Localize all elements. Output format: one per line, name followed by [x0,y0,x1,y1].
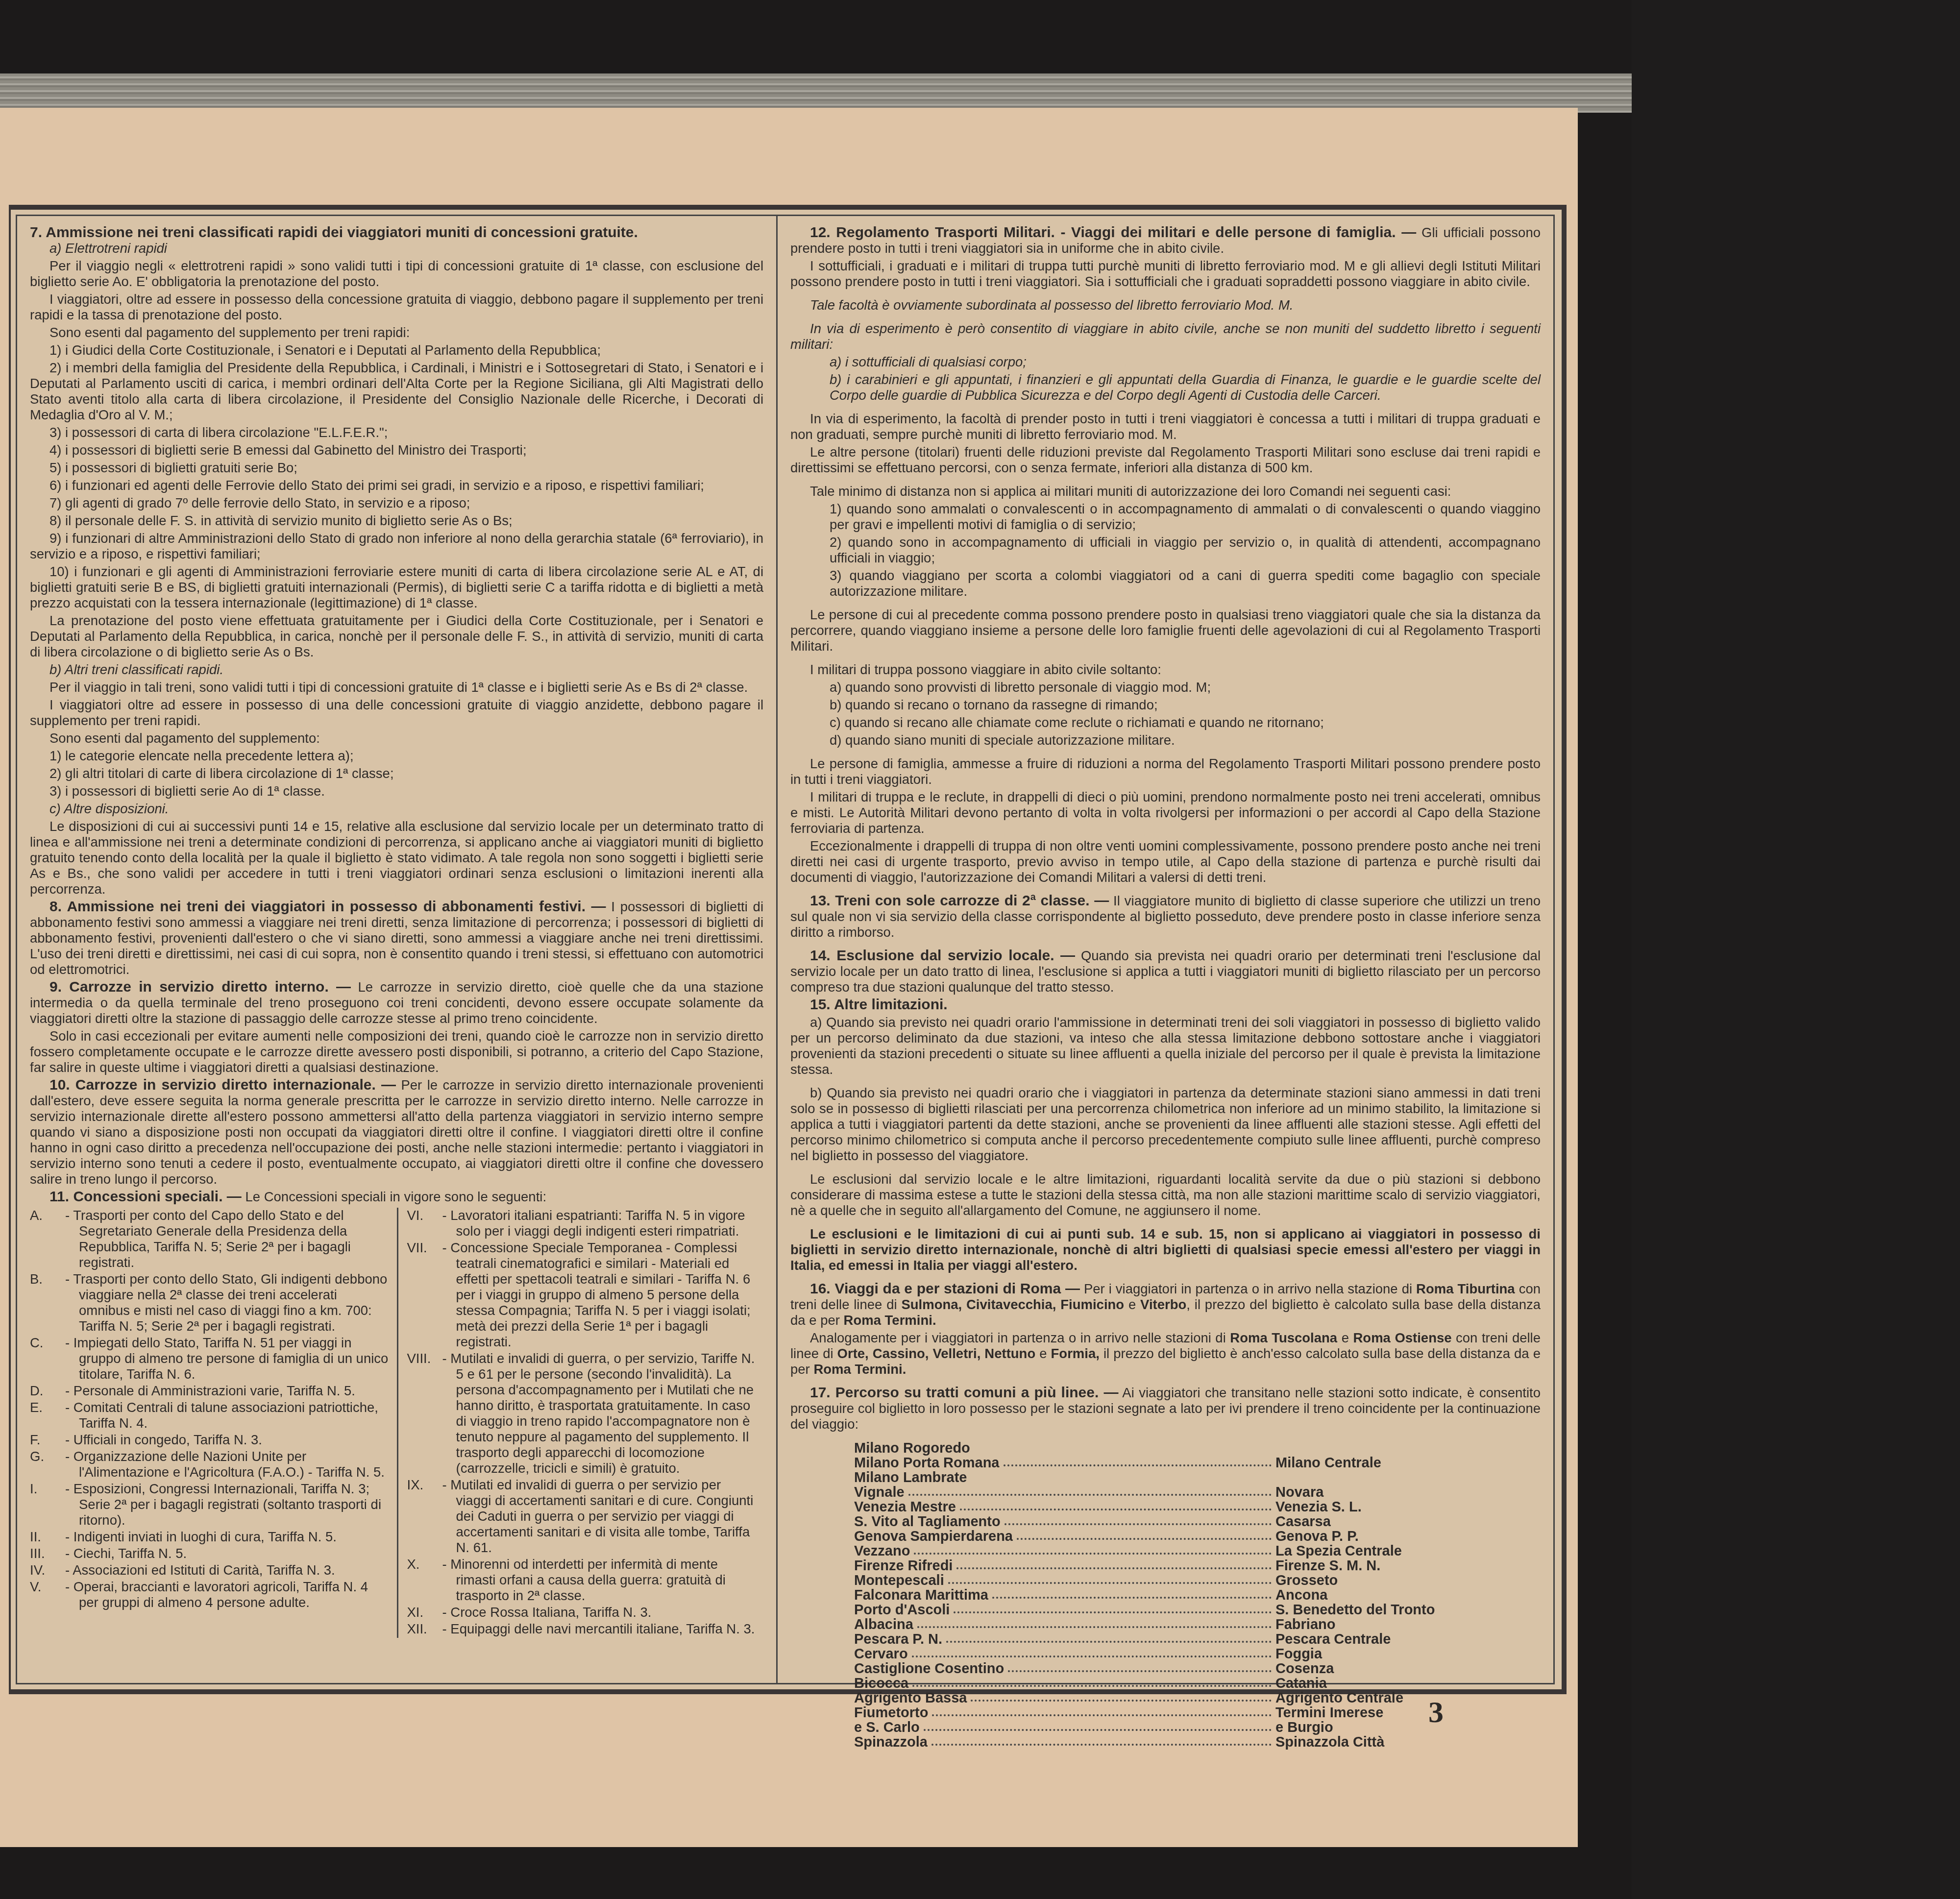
station-to: Milano Centrale [1275,1456,1381,1470]
station-from: Venezia Mestre [854,1500,956,1514]
list-item: 1) quando sono ammalati o convalescenti … [790,501,1541,533]
paragraph: I militari di truppa possono viaggiare i… [790,662,1541,678]
list-item: 7) gli agenti di grado 7º delle ferrovie… [30,495,763,511]
station-from: Castiglione Cosentino [854,1661,1004,1676]
dot-leader [1004,1456,1272,1466]
concession-item: VIII.- Mutilati e invalidi di guerra, o … [407,1351,757,1476]
list-item: 2) quando sono in accompagnamento di uff… [790,535,1541,566]
concession-item: B.- Trasporti per conto dello Stato, Gli… [30,1271,390,1334]
station-row: AlbacinaFabriano [854,1617,1541,1632]
paragraph: Le persone di famiglia, ammesse a fruire… [790,756,1541,787]
paragraph: Eccezionalmente i drappelli di truppa di… [790,838,1541,885]
paragraph: Analogamente per i viaggiatori in parten… [790,1330,1541,1377]
station-from: Falconara Marittima [854,1588,988,1603]
dot-leader [1004,1514,1272,1525]
station-row: Genova SampierdarenaGenova P. P. [854,1529,1541,1544]
list-item: 4) i possessori di biglietti serie B eme… [30,442,763,458]
concession-item: I.- Esposizioni, Congressi Internazional… [30,1481,390,1528]
station-to: Termini Imerese [1275,1705,1383,1720]
station-row: Firenze RifrediFirenze S. M. N. [854,1558,1541,1573]
station-row: Castiglione CosentinoCosenza [854,1661,1541,1676]
section-17-title: 17. Percorso su tratti comuni a più line… [810,1385,1118,1401]
list-item: 3) quando viaggiano per scorta a colombi… [790,568,1541,599]
paragraph: Per il viaggio negli « elettrotreni rapi… [30,258,763,290]
paragraph: b) Quando sia previsto nei quadri orario… [790,1085,1541,1164]
list-item: d) quando siano muniti di speciale autor… [790,732,1541,748]
book-page-edge [0,73,1632,113]
list-item: 2) gli altri titolari di carte di libera… [30,766,763,781]
list-item: b) i carabinieri e gli appuntati, i fina… [790,372,1541,403]
station-to: S. Benedetto del Tronto [1275,1603,1435,1617]
page-number: 3 [1428,1695,1444,1730]
station-to: Venezia S. L. [1275,1500,1362,1514]
station-to: Spinazzola Città [1275,1735,1384,1750]
paragraph: Tale minimo di distanza non si applica a… [790,484,1541,499]
paragraph: Sono esenti dal pagamento del supplement… [30,730,763,746]
station-to: Foggia [1275,1647,1322,1661]
station-from: Pescara P. N. [854,1632,942,1647]
dot-leader [948,1573,1272,1584]
station-to: Catania [1275,1676,1327,1691]
list-item: c) quando si recano alle chiamate come r… [790,715,1541,730]
station-to: e Burgio [1275,1720,1333,1735]
paragraph: I militari di truppa e le reclute, in dr… [790,789,1541,836]
paragraph: Le altre persone (titolari) fruenti dell… [790,444,1541,476]
paragraph: Sono esenti dal pagamento del supplement… [30,325,763,341]
concession-item: V.- Operai, braccianti e lavoratori agri… [30,1579,390,1610]
station-row: S. Vito al TagliamentoCasarsa [854,1514,1541,1529]
list-item: 9) i funzionari di altre Amministrazioni… [30,531,763,562]
concessions-table: A.- Trasporti per conto del Capo dello S… [30,1208,763,1638]
concession-item: F.- Ufficiali in congedo, Tariffa N. 3. [30,1432,390,1448]
station-to: Fabriano [1275,1617,1335,1632]
concession-item: XI.- Croce Rossa Italiana, Tariffa N. 3. [407,1605,757,1620]
paragraph: I viaggiatori oltre ad essere in possess… [30,697,763,729]
concession-item: II.- Indigenti inviati in luoghi di cura… [30,1529,390,1545]
section-12-title: 12. Regolamento Trasporti Militari. - Vi… [810,224,1416,241]
station-to: Casarsa [1275,1514,1331,1529]
scan-background [1632,0,1960,1899]
list-item: 10) i funzionari e gli agenti di Amminis… [30,564,763,611]
station-to: Ancona [1275,1588,1327,1603]
concession-item: D.- Personale di Amministrazioni varie, … [30,1383,390,1399]
station-to: Novara [1275,1485,1323,1500]
station-to: Genova P. P. [1275,1529,1359,1544]
paragraph: La prenotazione del posto viene effettua… [30,613,763,660]
subheading: b) Altri treni classificati rapidi. [30,662,763,678]
concession-item: III.- Ciechi, Tariffa N. 5. [30,1546,390,1561]
concession-item: VI.- Lavoratori italiani espatrianti: Ta… [407,1208,757,1239]
paragraph: Le esclusioni dal servizio locale e le a… [790,1171,1541,1218]
station-from: Cervaro [854,1647,908,1661]
station-from: Bicocca [854,1676,908,1691]
dot-leader [912,1676,1272,1687]
concession-item: IX.- Mutilati ed invalidi di guerra o pe… [407,1477,757,1556]
dot-leader [960,1500,1272,1510]
station-row: Porto d'AscoliS. Benedetto del Tronto [854,1603,1541,1617]
bold-note: Le esclusioni e le limitazioni di cui ai… [790,1226,1541,1273]
paragraph: Le disposizioni di cui ai successivi pun… [30,819,763,897]
station-from: Genova Sampierdarena [854,1529,1013,1544]
concessions-right: VI.- Lavoratori italiani espatrianti: Ta… [397,1208,764,1638]
concession-item: A.- Trasporti per conto del Capo dello S… [30,1208,390,1270]
dot-leader [931,1735,1272,1746]
dot-leader [914,1544,1272,1555]
paragraph: Le persone di cui al precedente comma po… [790,607,1541,654]
station-row: BicoccaCatania [854,1676,1541,1691]
station-row: SpinazzolaSpinazzola Città [854,1735,1541,1750]
station-to: Agrigento Centrale [1275,1691,1403,1705]
dot-leader [954,1603,1272,1613]
station-row: VignaleNovara [854,1485,1541,1500]
station-to: Cosenza [1275,1661,1334,1676]
section-9-title: 9. Carrozze in servizio diretto interno.… [49,979,351,995]
list-item: 1) le categorie elencate nella precedent… [30,748,763,764]
section-15-title: 15. Altre limitazioni. [790,997,1541,1013]
station-from: Firenze Rifredi [854,1558,953,1573]
concessions-left: A.- Trasporti per conto del Capo dello S… [30,1208,397,1638]
list-item: 5) i possessori di biglietti gratuiti se… [30,460,763,476]
dot-leader [971,1691,1272,1702]
station-from: Montepescali [854,1573,944,1588]
concession-item: G.- Organizzazione delle Nazioni Unite p… [30,1449,390,1480]
section-16: 16. Viaggi da e per stazioni di Roma — P… [790,1281,1541,1328]
dot-leader [912,1647,1272,1657]
concession-item: C.- Impiegati dello Stato, Tariffa N. 51… [30,1335,390,1382]
dot-leader [917,1617,1272,1628]
list-item: 2) i membri della famiglia del President… [30,360,763,423]
dot-leader [908,1485,1272,1496]
list-item: 3) i possessori di biglietti serie Ao di… [30,783,763,799]
station-row: VezzanoLa Spezia Centrale [854,1544,1541,1558]
station-from: e S. Carlo [854,1720,920,1735]
station-row: Milano Rogoredo [854,1441,1541,1456]
section-13-title: 13. Treni con sole carrozze di 2ª classe… [810,893,1109,909]
concession-item: IV.- Associazioni ed Istituti di Carità,… [30,1562,390,1578]
station-from: Vignale [854,1485,905,1500]
station-row: Falconara MarittimaAncona [854,1588,1541,1603]
list-item: a) quando sono provvisti di libretto per… [790,680,1541,695]
list-item: 6) i funzionari ed agenti delle Ferrovie… [30,478,763,493]
dot-leader [1008,1661,1272,1672]
station-to: Firenze S. M. N. [1275,1558,1380,1573]
list-item: 8) il personale delle F. S. in attività … [30,513,763,529]
section-8-title: 8. Ammissione nei treni dei viaggiatori … [49,899,606,915]
dot-leader [946,1632,1272,1643]
section-10-title: 10. Carrozze in servizio diretto interna… [49,1077,396,1093]
station-from: Milano Porta Romana [854,1456,1000,1470]
paragraph: I viaggiatori, oltre ad essere in posses… [30,292,763,323]
list-item: 3) i possessori di carta di libera circo… [30,425,763,440]
station-to: Pescara Centrale [1275,1632,1391,1647]
concession-item: XII.- Equipaggi delle navi mercantili it… [407,1621,757,1637]
station-from: Albacina [854,1617,913,1632]
paragraph: In via di esperimento, la facoltà di pre… [790,411,1541,442]
station-from: Vezzano [854,1544,910,1558]
left-column: 7. Ammissione nei treni classificati rap… [17,216,778,1683]
station-row: MontepescaliGrosseto [854,1573,1541,1588]
station-from: Agrigento Bassa [854,1691,967,1705]
concession-item: E.- Comitati Centrali di talune associaz… [30,1400,390,1431]
paragraph: Tale facoltà è ovviamente subordinata al… [790,297,1541,313]
station-row: Pescara P. N.Pescara Centrale [854,1632,1541,1647]
dot-leader [932,1705,1272,1716]
station-row: Venezia MestreVenezia S. L. [854,1500,1541,1514]
section-14-title: 14. Esclusione dal servizio locale. — [810,948,1075,964]
dot-leader [992,1588,1272,1599]
dot-leader [1017,1529,1272,1540]
paragraph: a) Quando sia previsto nei quadri orario… [790,1015,1541,1077]
subheading: a) Elettrotreni rapidi [30,241,763,256]
concession-item: VII.- Concessione Speciale Temporanea - … [407,1240,757,1350]
station-from: Porto d'Ascoli [854,1603,950,1617]
paragraph: Le Concessioni speciali in vigore sono l… [245,1189,546,1204]
station-row: CervaroFoggia [854,1647,1541,1661]
paragraph: Per il viaggio in tali treni, sono valid… [30,680,763,695]
station-from: Spinazzola [854,1735,928,1750]
right-column: 12. Regolamento Trasporti Militari. - Vi… [778,216,1553,1683]
station-row: Milano Porta RomanaMilano Centrale [854,1456,1541,1470]
list-item: a) i sottufficiali di qualsiasi corpo; [790,354,1541,370]
dot-leader [924,1720,1272,1731]
section-7-title: 7. Ammissione nei treni classificati rap… [30,225,763,241]
subheading: c) Altre disposizioni. [30,801,763,817]
station-row: Milano Lambrate [854,1470,1541,1485]
list-item: b) quando si recano o tornano da rassegn… [790,697,1541,713]
station-to: Grosseto [1275,1573,1338,1588]
section-16-title: 16. Viaggi da e per stazioni di Roma — [810,1281,1080,1297]
section-11-title: 11. Concessioni speciali. — [49,1189,242,1205]
station-from: Milano Rogoredo [854,1441,970,1456]
dot-leader [956,1558,1272,1569]
station-to: La Spezia Centrale [1275,1544,1402,1558]
paragraph: In via di esperimento è però consentito … [790,321,1541,352]
station-from: Milano Lambrate [854,1470,967,1485]
text-frame: 7. Ammissione nei treni classificati rap… [9,205,1567,1694]
paragraph: Per le carrozze in servizio diretto inte… [30,1077,763,1187]
station-from: Fiumetorto [854,1705,928,1720]
list-item: 1) i Giudici della Corte Costituzionale,… [30,342,763,358]
paragraph: I sottufficiali, i graduati e i militari… [790,258,1541,290]
station-from: S. Vito al Tagliamento [854,1514,1001,1529]
paragraph: Solo in casi eccezionali per evitare aum… [30,1028,763,1075]
concession-item: X.- Minorenni od interdetti per infermit… [407,1557,757,1604]
